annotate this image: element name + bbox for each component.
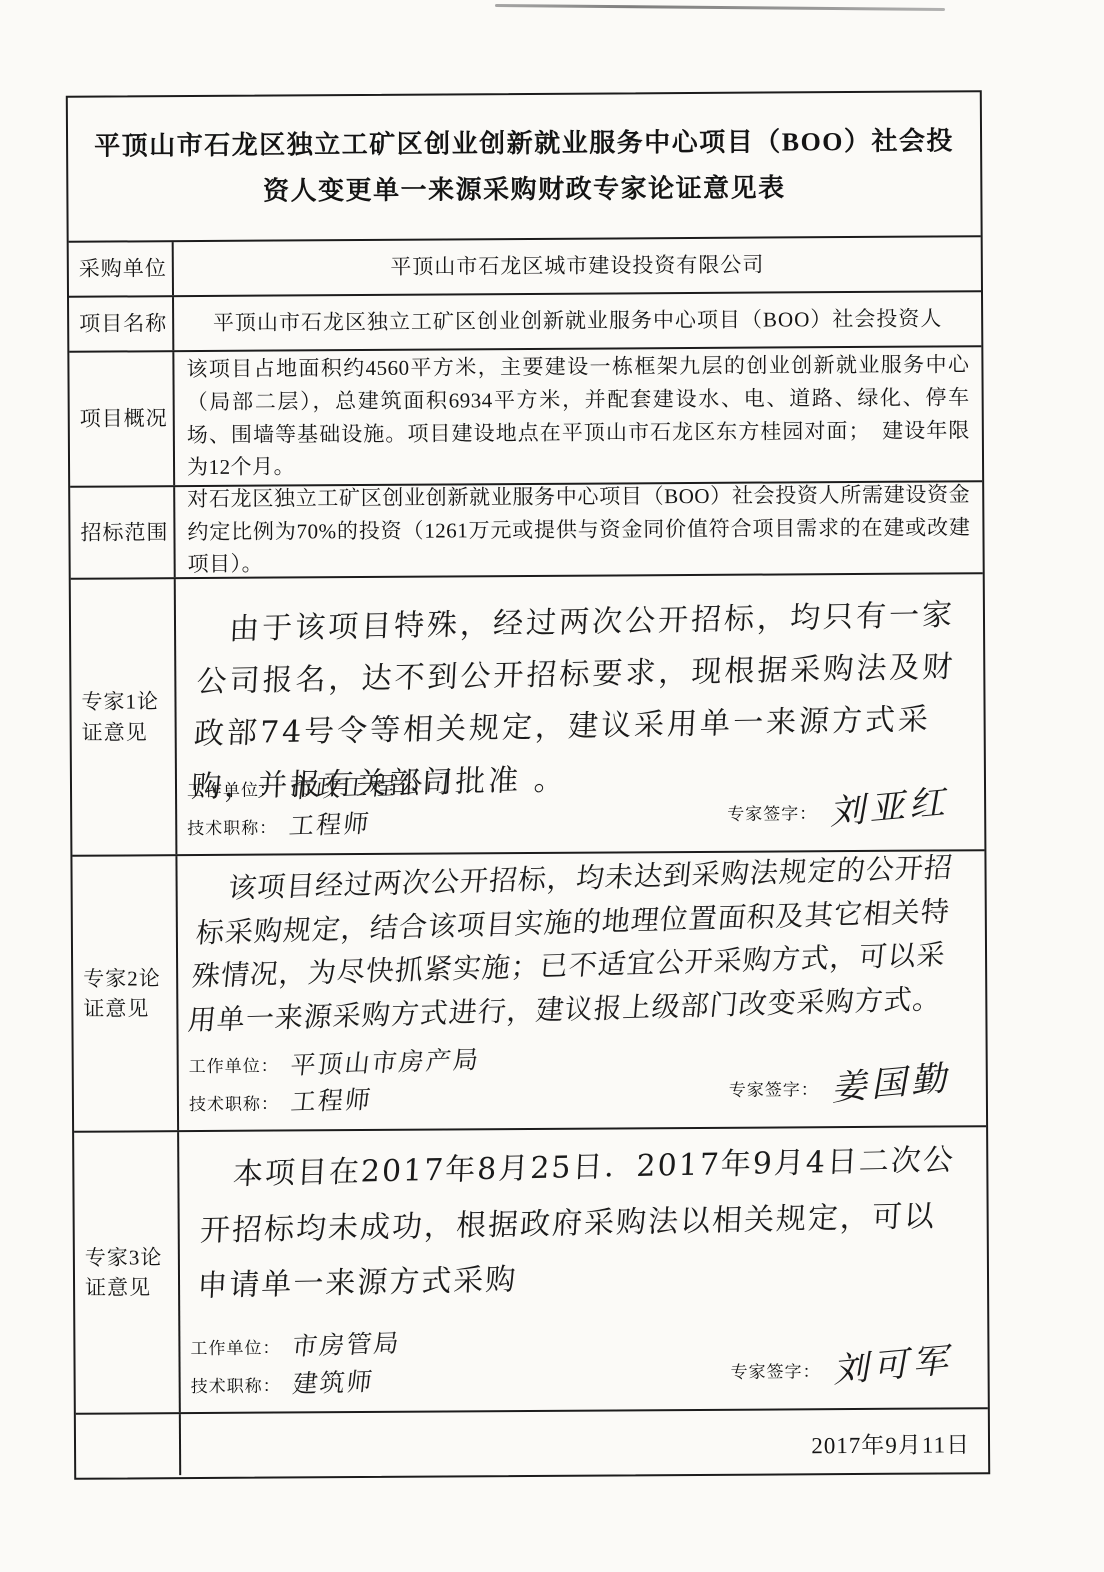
expert3-work-unit-handwriting: 市房管局: [290, 1324, 403, 1366]
date-cell: 2017年9月11日: [181, 1409, 988, 1475]
row-expert2: 专家2论证意见 该项目经过两次公开招标，均未达到采购法规定的公开招标采购规定，结…: [72, 851, 986, 1133]
row-project-overview: 项目概况 该项目占地面积约4560平方米，主要建设一栋框架九层的创业创新就业服务…: [69, 347, 982, 488]
bid-scope-label: 招标范围: [70, 487, 176, 578]
row-purchaser: 采购单位 平顶山市石龙区城市建设投资有限公司: [69, 237, 981, 298]
expert3-label: 专家3论证意见: [74, 1132, 181, 1413]
tech-title-label: 技术职称：: [187, 819, 277, 839]
work-unit-label: 工作单位：: [189, 1056, 279, 1076]
work-unit-label: 工作单位：: [190, 1338, 280, 1358]
scanned-document-page: { "title": "平顶山市石龙区独立工矿区创业创新就业服务中心项目（BOO…: [0, 0, 1104, 1572]
expert3-meta: 工作单位：市房管局 技术职称：建筑师: [190, 1325, 400, 1404]
expert3-cell: 本项目在2017年8月25日．2017年9月4日二次公开招标均未成功，根据政府采…: [179, 1127, 988, 1412]
expert-sign-label: 专家签字：: [731, 1362, 821, 1382]
expert1-signature-handwriting: 刘亚红: [827, 776, 955, 839]
project-overview-label: 项目概况: [69, 352, 175, 486]
tech-title-label: 技术职称：: [191, 1377, 281, 1397]
form-title: 平顶山市石龙区独立工矿区创业创新就业服务中心项目（BOO）社会投资人变更单一来源…: [68, 118, 981, 215]
scan-artifact-line: [495, 4, 945, 11]
project-overview-value: 该项目占地面积约4560平方米，主要建设一栋框架九层的创业创新就业服务中心（局部…: [174, 347, 982, 485]
expert1-cell: 由于该项目特殊，经过两次公开招标，均只有一家公司报名，达不到公开招标要求，现根据…: [176, 574, 985, 854]
expert2-meta: 工作单位：平顶山市房产局 技术职称：工程师: [189, 1043, 480, 1122]
expert1-label: 专家1论证意见: [71, 579, 178, 855]
tech-title-label: 技术职称：: [189, 1095, 279, 1115]
expert3-opinion-handwriting: 本项目在2017年8月25日．2017年9月4日二次公开招标均未成功，根据政府采…: [170, 1116, 986, 1315]
purchaser-value: 平顶山市石龙区城市建设投资有限公司: [174, 237, 981, 295]
expert2-work-unit-handwriting: 平顶山市房产局: [288, 1040, 482, 1085]
form-date: 2017年9月11日: [811, 1428, 970, 1463]
expert2-label: 专家2论证意见: [72, 856, 179, 1131]
expert1-work-unit-handwriting: 市政工程公司: [287, 765, 454, 809]
project-name-value: 平顶山市石龙区独立工矿区创业创新就业服务中心项目（BOO）社会投资人: [174, 292, 981, 350]
row-expert1: 专家1论证意见 由于该项目特殊，经过两次公开招标，均只有一家公司报名，达不到公开…: [71, 574, 985, 857]
bid-scope-value: 对石龙区独立工矿区创业创新就业服务中心项目（BOO）社会投资人所需建设资金约定比…: [175, 482, 983, 577]
expert2-sign-area: 专家签字：姜国勤: [729, 1057, 952, 1111]
opinion-form-table: 平顶山市石龙区独立工矿区创业创新就业服务中心项目（BOO）社会投资人变更单一来源…: [66, 90, 990, 1480]
project-name-label: 项目名称: [69, 297, 174, 351]
expert-sign-label: 专家签字：: [727, 804, 817, 824]
date-row-empty-cell: [76, 1414, 181, 1476]
expert3-tech-title-handwriting: 建筑师: [290, 1363, 375, 1404]
expert-sign-label: 专家签字：: [729, 1080, 819, 1100]
expert2-cell: 该项目经过两次公开招标，均未达到采购法规定的公开招标采购规定，结合该项目实施的地…: [177, 851, 986, 1130]
title-row: 平顶山市石龙区独立工矿区创业创新就业服务中心项目（BOO）社会投资人变更单一来源…: [68, 92, 981, 243]
purchaser-label: 采购单位: [69, 242, 174, 296]
expert3-signature-handwriting: 刘可军: [831, 1334, 959, 1397]
expert1-sign-area: 专家签字：刘亚红: [727, 781, 950, 835]
row-date: 2017年9月11日: [76, 1409, 988, 1476]
row-expert3: 专家3论证意见 本项目在2017年8月25日．2017年9月4日二次公开招标均未…: [74, 1127, 988, 1415]
expert3-sign-area: 专家签字：刘可军: [730, 1339, 953, 1393]
expert2-opinion-handwriting: 该项目经过两次公开招标，均未达到采购法规定的公开招标采购规定，结合该项目实施的地…: [160, 833, 984, 1044]
expert2-tech-title-handwriting: 工程师: [289, 1081, 374, 1122]
work-unit-label: 工作单位：: [187, 780, 277, 800]
project-overview-text: 该项目占地面积约4560平方米，主要建设一栋框架九层的创业创新就业服务中心（局部…: [186, 349, 970, 484]
row-project-name: 项目名称 平顶山市石龙区独立工矿区创业创新就业服务中心项目（BOO）社会投资人: [69, 292, 981, 353]
expert2-signature-handwriting: 姜国勤: [829, 1052, 957, 1115]
expert1-tech-title-handwriting: 工程师: [287, 805, 372, 846]
expert1-meta: 工作单位：市政工程公司 技术职称：工程师: [187, 767, 451, 846]
